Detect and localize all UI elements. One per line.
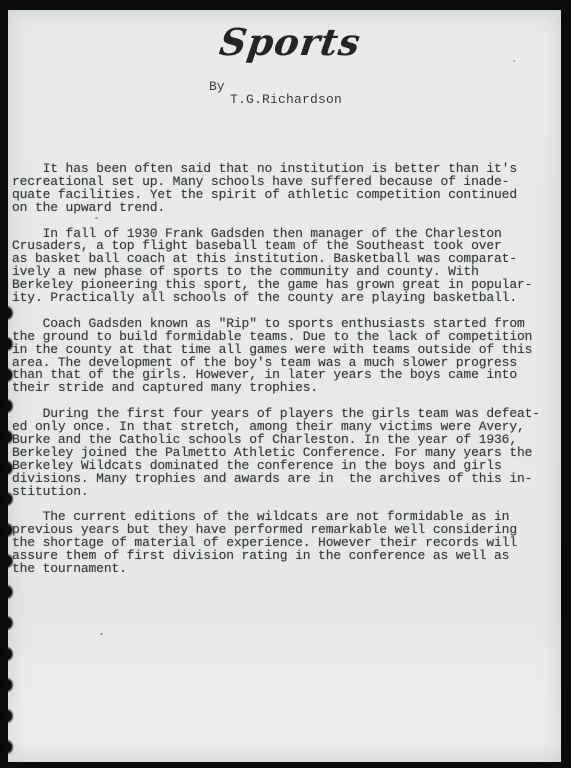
paragraph-building-teams: Coach Gadsden known as "Rip" to sports e…	[12, 318, 560, 395]
scan-speck	[513, 60, 515, 62]
scan-speck	[100, 633, 103, 635]
paragraph-intro: It has been often said that no instituti…	[12, 163, 560, 215]
page-title: Sports	[217, 20, 363, 64]
byline-author: T.G.Richardson	[230, 92, 342, 107]
article-body: It has been often said that no instituti…	[12, 163, 560, 589]
paragraph-girls-team-record: During the first four years of players t…	[12, 408, 560, 498]
byline-label: By	[209, 79, 225, 94]
paragraph-current-editions: The current editions of the wildcats are…	[12, 511, 560, 576]
scanned-page-background: Sports By T.G.Richardson It has been oft…	[0, 0, 571, 768]
paper-sheet: Sports By T.G.Richardson It has been oft…	[8, 10, 561, 762]
paragraph-gadsden-arrival: In fall of 1930 Frank Gadsden then manag…	[12, 228, 560, 305]
